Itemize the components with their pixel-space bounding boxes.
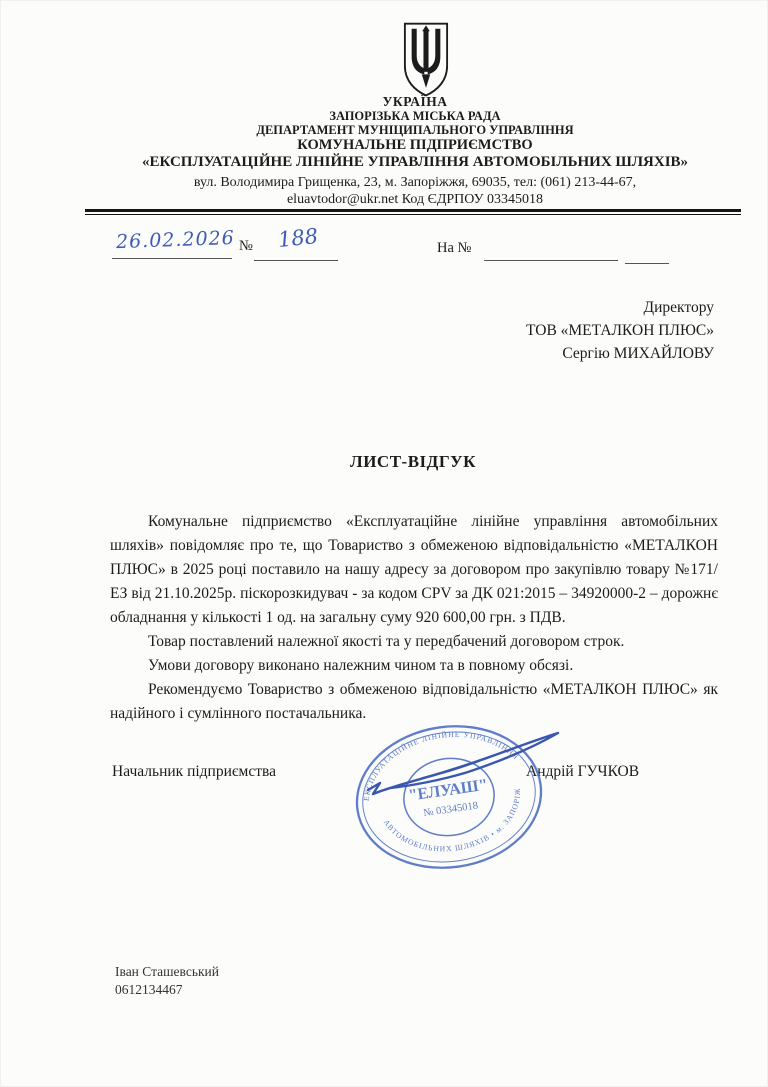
letterhead-divider xyxy=(85,209,741,215)
letterhead-enterprise-type: КОМУНАЛЬНЕ ПІДПРИЄМСТВО xyxy=(60,137,768,154)
reply-underline-short xyxy=(625,263,669,264)
body-paragraph-4: Рекомендуємо Товариство з обмеженою відп… xyxy=(110,678,718,726)
reply-to-label: На № xyxy=(437,240,471,257)
letterhead-enterprise-name: «ЕКСПЛУАТАЦІЙНЕ ЛІНІЙНЕ УПРАВЛІННЯ АВТОМ… xyxy=(60,154,768,171)
ukraine-trident-icon xyxy=(398,22,454,98)
body-paragraph-1: Комунальне підприємство «Експлуатаційне … xyxy=(110,510,718,630)
pen-signature xyxy=(362,726,570,804)
handwritten-number: 188 xyxy=(277,224,319,252)
body-paragraph-3: Умови договору виконано належним чином т… xyxy=(110,654,718,678)
executor-name: Іван Сташевський xyxy=(115,964,219,980)
letterhead-department: ДЕПАРТАМЕНТ МУНІЦИПАЛЬНОГО УПРАВЛІННЯ xyxy=(60,123,768,138)
addressee-person: Сергію МИХАЙЛОВУ xyxy=(526,342,714,365)
letter-body: Комунальне підприємство «Експлуатаційне … xyxy=(110,510,718,726)
addressee-role: Директору xyxy=(526,296,714,319)
addressee-company: ТОВ «МЕТАЛКОН ПЛЮС» xyxy=(526,319,714,342)
letterhead-city-council: ЗАПОРІЗЬКА МІСЬКА РАДА xyxy=(60,109,768,124)
document-page: УКРАЇНА ЗАПОРІЗЬКА МІСЬКА РАДА ДЕПАРТАМЕ… xyxy=(0,0,768,1087)
number-label: № xyxy=(239,238,253,255)
body-paragraph-2: Товар поставлений належної якості та у п… xyxy=(110,630,718,654)
signer-position: Начальник підприємства xyxy=(112,763,276,781)
handwritten-date: 26.02.2026 xyxy=(116,227,235,253)
document-title: ЛИСТ-ВІДГУК xyxy=(110,452,716,472)
number-underline xyxy=(254,260,338,261)
addressee-block: Директору ТОВ «МЕТАЛКОН ПЛЮС» Сергію МИХ… xyxy=(526,296,714,365)
reply-underline xyxy=(484,260,618,261)
date-underline xyxy=(112,258,232,259)
letterhead-country: УКРАЇНА xyxy=(60,94,768,110)
letterhead-address: вул. Володимира Грищенка, 23, м. Запоріж… xyxy=(60,175,768,191)
letterhead-contact: eluavtodor@ukr.net Код ЄДРПОУ 03345018 xyxy=(60,192,768,208)
executor-phone: 0612134467 xyxy=(115,982,183,998)
